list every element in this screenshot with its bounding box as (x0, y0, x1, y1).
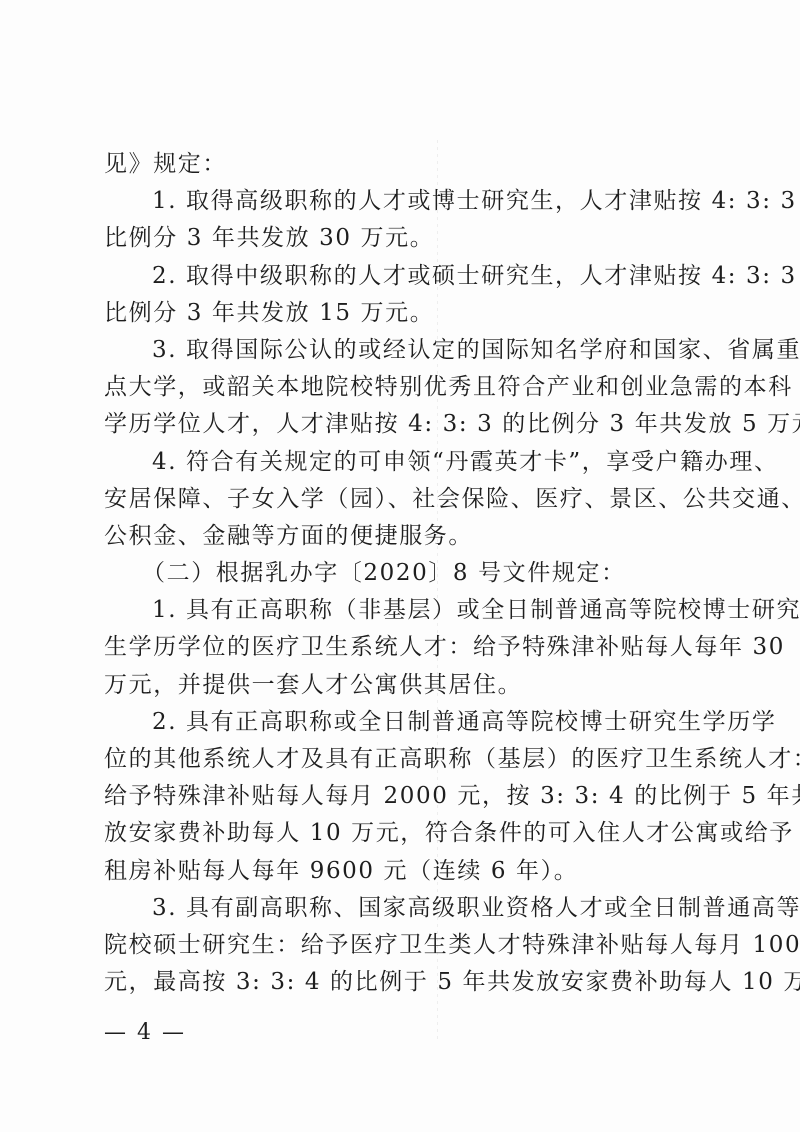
document-body: 见》规定： 1. 取得高级职称的人才或博士研究生，人才津贴按 4: 3: 3 的… (104, 146, 698, 1001)
text-line: 放安家费补助每人 10 万元，符合条件的可入住人才公寓或给予 (104, 815, 698, 852)
list-item-1: 1. 取得高级职称的人才或博士研究生，人才津贴按 4: 3: 3 的 (104, 183, 698, 220)
section-heading: （二）根据乳办字〔2020〕8 号文件规定： (104, 555, 698, 592)
text-line: 点大学，或韶关本地院校特别优秀且符合产业和创业急需的本科 (104, 369, 698, 406)
text-line: 安居保障、子女入学（园）、社会保险、医疗、景区、公共交通、 (104, 481, 698, 518)
list-item-1: 1. 具有正高职称（非基层）或全日制普通高等院校博士研究 (104, 592, 698, 629)
text-line: 给予特殊津补贴每人每月 2000 元，按 3: 3: 4 的比例于 5 年共发 (104, 778, 698, 815)
text-line: 见》规定： (104, 146, 698, 183)
text-line: 公积金、金融等方面的便捷服务。 (104, 518, 698, 555)
document-page: 见》规定： 1. 取得高级职称的人才或博士研究生，人才津贴按 4: 3: 3 的… (0, 0, 800, 1132)
text-line: 院校硕士研究生：给予医疗卫生类人才特殊津补贴每人每月 1000 (104, 927, 698, 964)
text-line: 比例分 3 年共发放 30 万元。 (104, 220, 698, 257)
list-item-2: 2. 取得中级职称的人才或硕士研究生，人才津贴按 4: 3: 3 的 (104, 258, 698, 295)
list-item-2: 2. 具有正高职称或全日制普通高等院校博士研究生学历学 (104, 704, 698, 741)
list-item-3: 3. 具有副高职称、国家高级职业资格人才或全日制普通高等 (104, 890, 698, 927)
list-item-3: 3. 取得国际公认的或经认定的国际知名学府和国家、省属重 (104, 332, 698, 369)
page-number: — 4 — (104, 1018, 186, 1048)
text-line: 比例分 3 年共发放 15 万元。 (104, 295, 698, 332)
list-item-4: 4. 符合有关规定的可申领“丹霞英才卡”，享受户籍办理、 (104, 444, 698, 481)
text-line: 租房补贴每人每年 9600 元（连续 6 年）。 (104, 853, 698, 890)
text-line: 位的其他系统人才及具有正高职称（基层）的医疗卫生系统人才： (104, 741, 698, 778)
text-line: 生学历学位的医疗卫生系统人才：给予特殊津补贴每人每年 30 (104, 629, 698, 666)
text-line: 万元，并提供一套人才公寓供其居住。 (104, 667, 698, 704)
text-line: 学历学位人才，人才津贴按 4: 3: 3 的比例分 3 年共发放 5 万元。 (104, 406, 698, 443)
text-line: 元，最高按 3: 3: 4 的比例于 5 年共发放安家费补助每人 10 万元， (104, 964, 698, 1001)
